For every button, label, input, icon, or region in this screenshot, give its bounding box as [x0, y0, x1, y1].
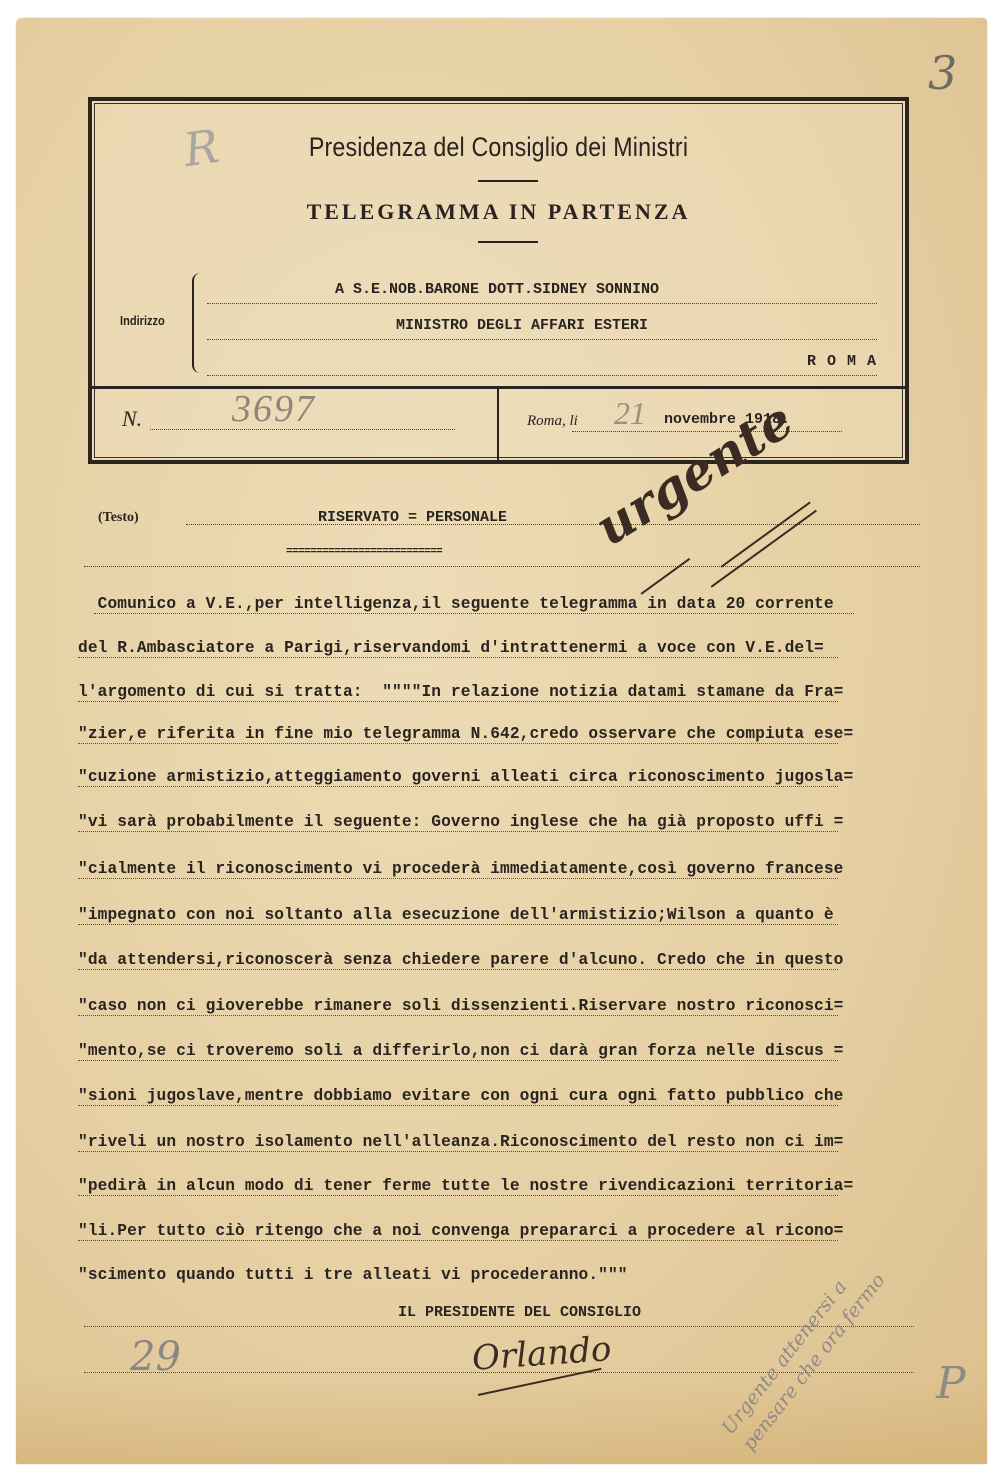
body-line: l'argomento di cui si tratta: """"In rel…: [78, 681, 988, 703]
urgente-underline-1: [721, 501, 811, 567]
header-frame: R Presidenza del Consiglio dei Ministri …: [88, 97, 909, 464]
body-dotted-line: [78, 924, 838, 925]
body-dotted-line: [78, 878, 838, 879]
body-line: "zier,e riferita in fine mio telegramma …: [78, 723, 988, 745]
address-brace: [192, 273, 204, 373]
address-line-3: R O M A: [207, 349, 877, 376]
body-line: "pedirà in alcun modo di tener ferme tut…: [78, 1175, 988, 1197]
body-dotted-line: [78, 786, 838, 787]
body-dotted-line: [78, 1015, 838, 1016]
body-dotted-line: [78, 1060, 838, 1061]
paper-worn-edge: [16, 1374, 987, 1464]
date-place-label: Roma, li: [527, 413, 578, 430]
date-day: 21: [614, 395, 646, 432]
header-rule-bottom: [478, 241, 538, 243]
body-dotted-line: [78, 743, 838, 744]
body-dotted-line: [78, 969, 838, 970]
telegram-paper: 3 R Presidenza del Consiglio dei Ministr…: [16, 18, 987, 1464]
body-line: "cialmente il riconoscimento vi proceder…: [78, 858, 988, 880]
body-dotted-line: [78, 1105, 838, 1106]
body-line: "impegnato con noi soltanto alla esecuzi…: [78, 904, 988, 926]
pencil-initial: P: [936, 1358, 966, 1409]
body-line: "li.Per tutto ciò ritengo che a noi conv…: [78, 1220, 988, 1242]
text-label: (Testo): [98, 510, 139, 526]
body-dotted-line: [78, 1195, 838, 1196]
body-line: "sioni jugoslave,mentre dobbiamo evitare…: [78, 1085, 988, 1107]
body-dotted-line: [78, 657, 838, 658]
body-line: "mento,se ci troveremo soli a differirlo…: [78, 1040, 988, 1062]
urgente-underline-2: [711, 510, 817, 588]
subject-dotted-line: [186, 524, 920, 525]
subject-dotted-line-2: [84, 566, 920, 567]
body-line: "riveli un nostro isolamento nell'allean…: [78, 1131, 988, 1153]
institution-title: Presidenza del Consiglio dei Ministri: [149, 132, 848, 163]
page-number-mark: 3: [928, 46, 957, 100]
form-title: TELEGRAMMA IN PARTENZA: [92, 199, 905, 225]
address-line-1: A S.E.NOB.BARONE DOTT.SIDNEY SONNINO: [207, 277, 877, 304]
body-dotted-line: [78, 831, 838, 832]
body-dotted-line: [78, 701, 838, 702]
body-line: "vi sarà probabilmente il seguente: Gove…: [78, 811, 988, 833]
body-line: "da attendersi,riconoscerà senza chieder…: [78, 949, 988, 971]
address-label: Indirizzo: [120, 313, 165, 328]
body-line: Comunico a V.E.,per intelligenza,il segu…: [78, 593, 988, 615]
body-line: del R.Ambasciatore a Parigi,riservandomi…: [78, 637, 988, 659]
body-dotted-line: [94, 613, 854, 614]
body-dotted-line: [78, 1151, 838, 1152]
number-label: N.: [122, 406, 142, 432]
pencil-number: 29: [130, 1334, 181, 1380]
body-line: "caso non ci gioverebbe rimanere soli di…: [78, 995, 988, 1017]
header-rule-top: [478, 180, 538, 182]
address-line-2: MINISTRO DEGLI AFFARI ESTERI: [207, 313, 877, 340]
subject-rule: ==========================: [286, 546, 442, 558]
body-dotted-line: [78, 1240, 838, 1241]
urgente-underline-3: [641, 558, 690, 594]
body-line: "cuzione armistizio,atteggiamento govern…: [78, 766, 988, 788]
frame-column-divider: [497, 389, 499, 460]
signature-dotted-line-1: [84, 1326, 914, 1327]
telegram-number: 3697: [232, 387, 316, 431]
subject-line: RISERVATO = PERSONALE: [318, 509, 507, 526]
signer-title: IL PRESIDENTE DEL CONSIGLIO: [398, 1304, 641, 1321]
